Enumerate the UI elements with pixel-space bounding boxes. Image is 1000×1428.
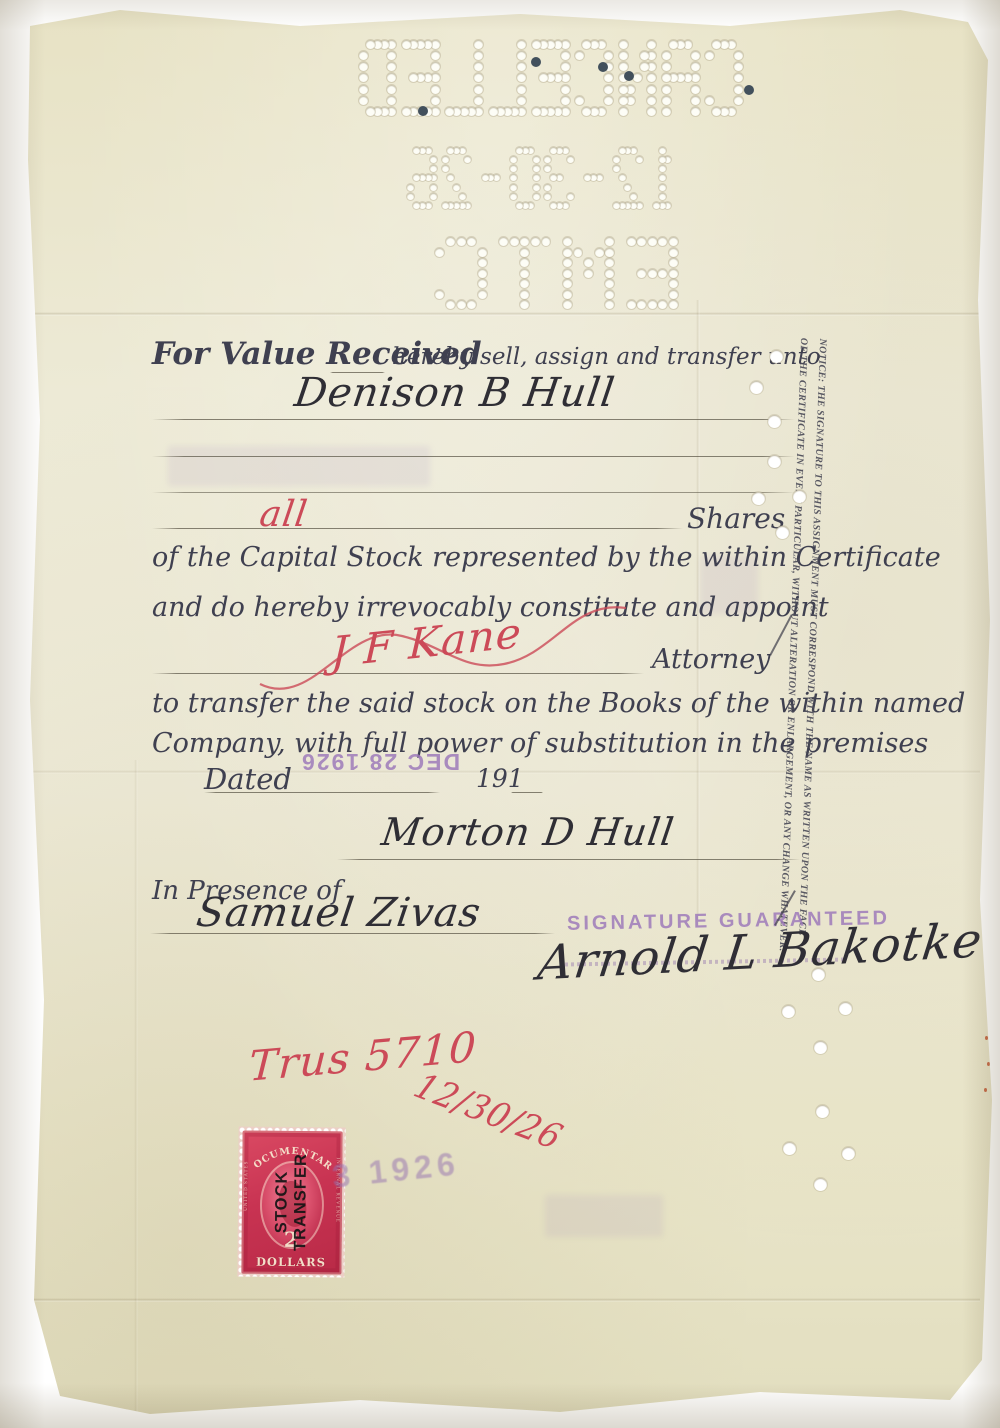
- perforation-hole: [604, 51, 613, 60]
- perforation-hole: [636, 156, 643, 163]
- perforation-row-date: [403, 147, 677, 211]
- perforation-hole: [474, 85, 483, 94]
- perforation-hole: [627, 237, 636, 246]
- perforation-row-cancelled: [353, 40, 743, 118]
- perforation-hole: [705, 96, 714, 105]
- perforation-hole: [619, 62, 628, 71]
- perforation-hole: [691, 51, 700, 60]
- perforation-hole: [561, 73, 570, 82]
- perforation-hole: [431, 96, 440, 105]
- perforation-hole: [474, 51, 483, 60]
- perforation-hole: [478, 248, 487, 257]
- stamp-left-edge-text: UNITED STATES: [243, 1160, 248, 1210]
- perforation-hole: [474, 40, 483, 49]
- perforation-hole: [630, 193, 637, 200]
- perforation-hole: [604, 96, 613, 105]
- perforation-hole: [705, 51, 714, 60]
- perforation-hole: [582, 40, 591, 49]
- perforation-hole: [627, 300, 636, 309]
- perforation-hole: [430, 193, 437, 200]
- perforation-hole: [459, 193, 466, 200]
- perforation-hole: [605, 300, 614, 309]
- punch-hole: [812, 968, 825, 981]
- perforation-hole: [659, 165, 666, 172]
- ruled-line: [152, 456, 795, 457]
- punch-hole: [770, 350, 783, 363]
- perforation-hole: [478, 279, 487, 288]
- perforation-hole: [584, 269, 593, 278]
- perforation-hole: [647, 96, 656, 105]
- perforation-hole: [691, 96, 700, 105]
- perforation-hole: [604, 85, 613, 94]
- perforation-hole: [430, 156, 437, 163]
- perforation-hole: [453, 184, 460, 191]
- perforation-hole: [435, 248, 444, 257]
- perforation-hole: [624, 184, 631, 191]
- perforation-hole: [633, 73, 642, 82]
- perforation-hole: [630, 147, 637, 154]
- perforation-hole: [595, 248, 604, 257]
- perforation-hole: [517, 62, 526, 71]
- perforation-hole: [605, 237, 614, 246]
- perforation-hole: [561, 96, 570, 105]
- perforation-hole: [516, 147, 523, 154]
- perforation-hole: [517, 85, 526, 94]
- perforation-hole: [533, 165, 540, 172]
- perforation-hole: [431, 51, 440, 60]
- perforation-hole: [517, 96, 526, 105]
- revenue-stamp-body: DOCUMENTARY UNITED STATES INTERNAL REVEN…: [241, 1130, 342, 1274]
- assignee-handwritten: Denison B Hull: [292, 370, 618, 416]
- fold-crease: [134, 760, 138, 1420]
- year-preprint: 191: [476, 764, 524, 793]
- assignor-signature: Morton D Hull: [379, 810, 677, 854]
- punch-hole: [750, 381, 763, 394]
- perforation-hole: [712, 40, 721, 49]
- transfer-clause-text: hereby sell, assign and transfer unto: [392, 344, 821, 370]
- punch-hole: [752, 492, 765, 505]
- perforation-hole: [567, 156, 574, 163]
- perforation-hole: [659, 156, 666, 163]
- perforation-hole: [478, 258, 487, 267]
- punch-hole: [776, 526, 789, 539]
- perforation-hole: [474, 73, 483, 82]
- perforation-hole: [669, 248, 678, 257]
- perforation-hole: [453, 202, 460, 209]
- perforation-hole: [669, 290, 678, 299]
- perforation-hole: [532, 40, 541, 49]
- perforation-hole: [662, 51, 671, 60]
- perforation-hole: [442, 202, 449, 209]
- punch-hole: [793, 490, 806, 503]
- perforation-hole: [446, 300, 455, 309]
- perforation-hole: [659, 147, 666, 154]
- perforation-hole: [387, 73, 396, 82]
- perforation-hole: [567, 193, 574, 200]
- perforation-row-initials: [423, 237, 678, 311]
- perforation-hole: [478, 269, 487, 278]
- show-through-ghost: [168, 446, 430, 486]
- perforation-hole: [561, 62, 570, 71]
- perforation-hole: [520, 258, 529, 267]
- perforation-hole: [467, 237, 476, 246]
- perforation-hole: [575, 51, 584, 60]
- perforation-hole: [648, 300, 657, 309]
- punch-hole: [839, 1002, 852, 1015]
- perforation-hole: [431, 40, 440, 49]
- perforation-hole: [430, 184, 437, 191]
- perforation-hole: [446, 237, 455, 246]
- perforation-hole: [520, 269, 529, 278]
- perforation-hole: [359, 51, 368, 60]
- perforation-hole: [647, 107, 656, 116]
- perforation-hole: [691, 62, 700, 71]
- perforation-hole: [691, 85, 700, 94]
- perforation-hole: [431, 85, 440, 94]
- perforation-hole: [517, 40, 526, 49]
- perforation-hole: [647, 73, 656, 82]
- stamp-overprint-line1: STOCK: [271, 1131, 292, 1273]
- perforation-hole: [658, 300, 667, 309]
- perforation-hole: [431, 73, 440, 82]
- perforation-hole: [431, 107, 440, 116]
- perforation-hole: [561, 85, 570, 94]
- perforation-hole: [413, 174, 420, 181]
- perforation-hole: [662, 107, 671, 116]
- revenue-stamp: DOCUMENTARY UNITED STATES INTERNAL REVEN…: [237, 1127, 345, 1278]
- perforation-hole: [517, 51, 526, 60]
- perforation-hole: [691, 107, 700, 116]
- perforation-hole: [563, 300, 572, 309]
- perforation-hole: [387, 51, 396, 60]
- perforation-hole: [402, 40, 411, 49]
- perforation-hole: [563, 290, 572, 299]
- perforation-hole: [474, 62, 483, 71]
- perforation-hole: [533, 184, 540, 191]
- perforation-hole: [619, 107, 628, 116]
- perforation-hole: [619, 174, 626, 181]
- perforation-hole: [532, 107, 541, 116]
- ruled-line: [152, 419, 795, 420]
- perforation-hole: [590, 174, 597, 181]
- perforation-hole: [402, 107, 411, 116]
- perforation-hole: [387, 96, 396, 105]
- perforation-hole: [575, 96, 584, 105]
- perforation-hole: [407, 193, 414, 200]
- perforation-hole: [563, 237, 572, 246]
- edge-fleck: [985, 1036, 988, 1040]
- punch-hole: [783, 1142, 796, 1155]
- perforation-hole: [359, 62, 368, 71]
- perforation-hole: [510, 165, 517, 172]
- perforation-hole: [605, 290, 614, 299]
- perforation-hole: [510, 156, 517, 163]
- perforation-hole: [613, 156, 620, 163]
- perforation-hole: [605, 258, 614, 267]
- perforation-hole: [647, 85, 656, 94]
- perforation-hole: [467, 300, 476, 309]
- perforation-hole: [734, 62, 743, 71]
- perforation-hole: [474, 96, 483, 105]
- shares-label: Shares: [687, 502, 785, 535]
- perforation-hole: [647, 40, 656, 49]
- perforation-hole: [604, 73, 613, 82]
- perforation-hole: [561, 40, 570, 49]
- perforation-hole: [669, 237, 678, 246]
- perforation-hole: [531, 237, 540, 246]
- perforation-hole: [637, 300, 646, 309]
- perforation-hole: [582, 107, 591, 116]
- punch-hole: [768, 415, 781, 428]
- perforation-hole: [659, 193, 666, 200]
- ink-speck: [531, 57, 541, 67]
- perforation-hole: [630, 202, 637, 209]
- perforation-hole: [658, 269, 667, 278]
- perforation-hole: [533, 156, 540, 163]
- share-quantity-handwritten: all: [257, 494, 310, 535]
- perforation-hole: [435, 290, 444, 299]
- date-stamp-upside-down: DEC 28 1926: [300, 748, 460, 775]
- perforation-hole: [619, 85, 628, 94]
- punch-hole: [814, 1041, 827, 1054]
- perforation-hole: [648, 237, 657, 246]
- perforation-hole: [520, 279, 529, 288]
- show-through-ghost: [545, 1195, 663, 1237]
- perforation-hole: [619, 147, 626, 154]
- perforation-hole: [734, 51, 743, 60]
- perforation-hole: [533, 193, 540, 200]
- date-note: 12/30/26: [407, 1066, 569, 1159]
- attorney-label: Attorney: [652, 644, 771, 675]
- perforation-hole: [464, 156, 471, 163]
- scanned-document: For Value Received hereby sell, assign a…: [0, 0, 1000, 1428]
- perforation-hole: [613, 165, 620, 172]
- perforation-hole: [563, 258, 572, 267]
- perforation-hole: [544, 193, 551, 200]
- perforation-hole: [533, 174, 540, 181]
- perforation-hole: [669, 300, 678, 309]
- stamp-overprint: STOCK TRANSFER: [271, 1131, 311, 1273]
- assignment-notice: NOTICE: THE SIGNATURE TO THIS ASSIGNMENT…: [772, 338, 832, 979]
- perforation-hole: [653, 202, 660, 209]
- perforation-hole: [510, 237, 519, 246]
- perforation-hole: [542, 237, 551, 246]
- perforation-hole: [619, 51, 628, 60]
- perforation-hole: [510, 184, 517, 191]
- perforation-hole: [359, 85, 368, 94]
- perforation-hole: [520, 290, 529, 299]
- perforation-hole: [478, 290, 487, 299]
- punch-hole: [816, 1105, 829, 1118]
- perforation-hole: [613, 202, 620, 209]
- perforation-hole: [619, 40, 628, 49]
- perforation-hole: [516, 202, 523, 209]
- perforation-hole: [359, 96, 368, 105]
- perforation-hole: [430, 165, 437, 172]
- ink-speck: [418, 106, 428, 116]
- perforation-hole: [445, 107, 454, 116]
- perforation-hole: [550, 174, 557, 181]
- ink-speck: [624, 71, 634, 81]
- perforation-hole: [407, 184, 414, 191]
- perforation-hole: [387, 62, 396, 71]
- witness-signature: Samuel Zivas: [194, 890, 484, 936]
- perforation-hole: [563, 279, 572, 288]
- punch-hole: [782, 1005, 795, 1018]
- perforation-hole: [669, 258, 678, 267]
- perforation-hole: [659, 184, 666, 191]
- stamp-overprint-line2: TRANSFER: [291, 1131, 312, 1273]
- perforation-hole: [447, 174, 454, 181]
- dated-label: Dated: [204, 762, 292, 796]
- perforation-hole: [584, 174, 591, 181]
- ruled-line: [152, 492, 795, 493]
- perforation-hole: [662, 96, 671, 105]
- perforation-hole: [662, 73, 671, 82]
- perforation-hole: [544, 156, 551, 163]
- perforation-hole: [517, 73, 526, 82]
- perforation-hole: [510, 193, 517, 200]
- perforation-hole: [712, 107, 721, 116]
- perforation-hole: [637, 269, 646, 278]
- perforation-hole: [662, 85, 671, 94]
- cancel-stamp-faint: 3 1926: [330, 1145, 461, 1195]
- perforation-hole: [605, 269, 614, 278]
- perforation-hole: [431, 62, 440, 71]
- perforation-hole: [561, 51, 570, 60]
- perforation-hole: [520, 248, 529, 257]
- perforation-hole: [691, 73, 700, 82]
- perforation-hole: [442, 156, 449, 163]
- perforation-hole: [584, 258, 593, 267]
- perforation-hole: [489, 107, 498, 116]
- perforation-hole: [669, 279, 678, 288]
- perforation-hole: [544, 165, 551, 172]
- fold-crease: [30, 312, 980, 316]
- perforation-hole: [544, 184, 551, 191]
- perforation-hole: [605, 248, 614, 257]
- perforation-hole: [520, 300, 529, 309]
- perforation-hole: [669, 269, 678, 278]
- ruled-line: [152, 528, 683, 529]
- perforation-hole: [366, 107, 375, 116]
- ink-speck: [598, 62, 608, 72]
- ink-speck: [744, 85, 754, 95]
- perforation-hole: [457, 237, 466, 246]
- perforation-hole: [563, 248, 572, 257]
- perforation-hole: [659, 174, 666, 181]
- perforation-hole: [457, 300, 466, 309]
- punch-hole: [842, 1147, 855, 1160]
- perforation-hole: [561, 107, 570, 116]
- perforation-hole: [734, 73, 743, 82]
- edge-fleck: [984, 1088, 987, 1092]
- punch-hole: [814, 1178, 827, 1191]
- perforation-hole: [734, 96, 743, 105]
- punch-hole: [768, 455, 781, 468]
- perforation-hole: [563, 269, 572, 278]
- perforation-hole: [648, 269, 657, 278]
- perforation-hole: [658, 237, 667, 246]
- perforation-hole: [442, 165, 449, 172]
- perforation-hole: [493, 174, 500, 181]
- perforation-hole: [662, 62, 671, 71]
- perforation-hole: [574, 248, 583, 257]
- perforation-hole: [510, 174, 517, 181]
- edge-fleck: [987, 1062, 990, 1066]
- ruled-line: [337, 859, 800, 860]
- perforation-hole: [637, 237, 646, 246]
- perforation-hole: [520, 237, 529, 246]
- perforation-hole: [619, 96, 628, 105]
- perforation-hole: [359, 73, 368, 82]
- perforation-hole: [453, 147, 460, 154]
- fold-crease: [30, 1298, 980, 1302]
- perforation-hole: [366, 40, 375, 49]
- paper-sheet: For Value Received hereby sell, assign a…: [0, 0, 1000, 1428]
- perforation-hole: [499, 237, 508, 246]
- perforation-hole: [387, 85, 396, 94]
- perforation-hole: [605, 279, 614, 288]
- perforation-hole: [734, 85, 743, 94]
